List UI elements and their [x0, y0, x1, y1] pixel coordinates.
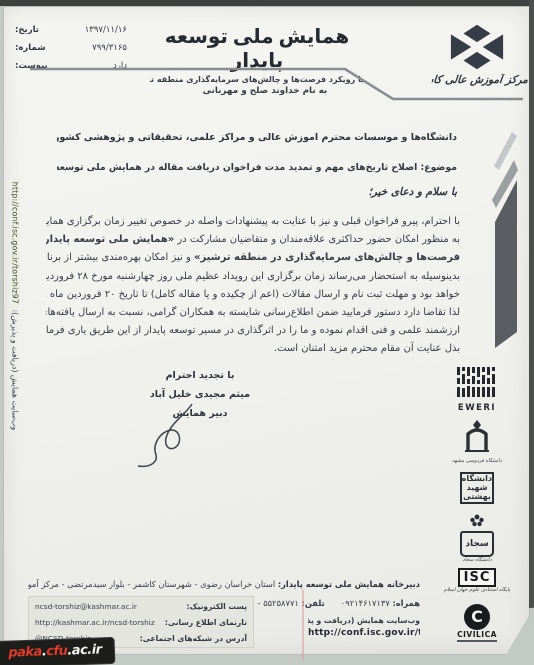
side-website-label: وب‌سایت همایش (دریافت و پذیرش): [11, 310, 20, 431]
number-row: شماره: ۷۹۹/۳۱۶۵ [15, 39, 127, 57]
isc-logo: ISC پایگاه استنادی علوم جهان اسلام [440, 566, 514, 593]
mobile-label: همراه: [392, 598, 420, 608]
isc-caption: پایگاه استنادی علوم جهان اسلام [440, 587, 514, 593]
conference-website-url: http://conf.isc.gov.ir/torshiz97 [308, 628, 420, 638]
bismillah-line: به نام خداوند صلح و مهربانی [160, 86, 370, 96]
paragraph-line: بدینوسیله به استحضار می‌رساند زمان برگزا… [46, 268, 460, 286]
sajjad-caption: دانشگاه سجاد [440, 557, 514, 563]
beheshti-seal: دانشگاه شهید بهشتی [460, 472, 494, 504]
eweri-barcode-icon [456, 366, 498, 398]
handwritten-signature-icon [128, 400, 220, 470]
attachment-label: پیوست: [15, 57, 48, 75]
secretariat-line: دبیرخانه همایش ملی توسعه پایدار: استان خ… [28, 579, 420, 589]
subject-line: موضوع: اصلاح تاریخ‌های مهم و تمدید مدت ف… [57, 162, 457, 173]
date-row: تاریخ: ۱۳۹۷/۱۱/۱۶ [15, 21, 127, 39]
mobile-value: ۰۹۲۱۴۶۱۷۱۳۷ [341, 598, 390, 608]
website-row: تارنمای اطلاع رسانی: http://kashmar.ac.i… [35, 615, 247, 631]
paragraph-line: به منظور امکان حضور حداکثری علاقه‌مندان … [46, 231, 460, 249]
ferdowsi-arch-icon [460, 420, 494, 454]
paragraph-line: ارزشمند علمی و فنی اقدام نموده و ما را د… [46, 322, 460, 340]
ferdowsi-caption: دانشگاه فردوسی مشهد [440, 458, 514, 464]
scan-edge-right [529, 0, 534, 608]
date-label: تاریخ: [15, 21, 39, 39]
conference-website-block: وب‌سایت همایش (دریافت و پذیرش): http://c… [308, 616, 420, 638]
secretariat-address: استان خراسان رضوی - شهرستان کاشمر - بلوا… [28, 579, 275, 589]
website-value: http://kashmar.ac.ir/ncsd-torshiz [35, 615, 155, 631]
mobile-item: همراه: ۰۹۲۱۴۶۱۷۱۳۷ [341, 598, 420, 608]
ferdowsi-university-logo: دانشگاه فردوسی مشهد [440, 420, 514, 464]
sajjad-rosette-icon [467, 513, 487, 527]
side-website-note: وب‌سایت همایش (دریافت و پذیرش): http://c… [8, 167, 23, 443]
phone-line: تلفن: ۵۵۲۵۸۷۷۱ - ۰۵۱ همراه: ۰۹۲۱۴۶۱۷۱۳۷ [242, 598, 420, 608]
number-label: شماره: [15, 39, 46, 57]
subject-label: موضوع: [421, 162, 457, 173]
organization-name: مرکز آموزش عالی کاشمر [431, 74, 528, 86]
sajjad-university-logo: سجاد دانشگاه سجاد [440, 512, 514, 563]
paragraph-line: بذل عنایت آن مقام محترم مزید امتنان است. [46, 340, 460, 358]
date-value: ۱۳۹۷/۱۱/۱۶ [85, 21, 127, 39]
eweri-logo: EWERI [440, 366, 514, 413]
number-value: ۷۹۹/۳۱۶۵ [92, 39, 127, 57]
side-website-url: http://conf.isc.gov.ir/torshiz97 [11, 179, 20, 307]
scan-edge-top [0, 0, 534, 6]
paragraph-line: لذا تقاضا دارد دستور فرمایید ضمن اطلاع‌ر… [46, 304, 460, 322]
salutation-line: با سلام و دعای خیر؛ [257, 186, 457, 198]
scan-crease-artifact [302, 590, 304, 660]
paragraph-line: با احترام، پیرو فراخوان قبلی و نیز با عن… [46, 213, 460, 231]
addressee-line: دانشگاه‌ها و موسسات محترم آموزش عالی و م… [57, 132, 457, 143]
isc-label: ISC [458, 568, 497, 587]
subject-text: اصلاح تاریخ‌های مهم و تمدید مدت فراخوان … [57, 162, 417, 173]
paragraph-line: خواهد بود و مهلت ثبت نام و ارسال مقالات … [46, 286, 460, 304]
signature-respect: با تجدید احترام [105, 366, 295, 385]
conference-title: همایش ملی توسعه پایدار [150, 24, 364, 72]
letter-paragraph: با احترام، پیرو فراخوان قبلی و نیز با عن… [46, 213, 460, 359]
website-label: تارنمای اطلاع رسانی: [165, 615, 247, 631]
phone-item: تلفن: ۵۵۲۵۸۷۷۱ - ۰۵۱ [242, 598, 325, 608]
paragraph-line: فرصت‌ها و چالش‌های سرمایه‌گذاری در منطقه… [46, 249, 460, 267]
scanned-letter: تاریخ: ۱۳۹۷/۱۱/۱۶ شماره: ۷۹۹/۳۱۶۵ پیوست:… [0, 0, 534, 665]
civilica-tagline-bar [457, 640, 497, 642]
email-value: ncsd-torshiz@kashmar.ac.ir [35, 599, 137, 615]
watermark-banner: paka.cfu.ac.ir [0, 638, 114, 665]
attachment-row: پیوست: دارد [15, 57, 127, 75]
beheshti-university-logo: دانشگاه شهید بهشتی [440, 472, 514, 508]
phone-label: تلفن: [302, 598, 325, 608]
secretariat-label: دبیرخانه همایش ملی توسعه پایدار: [278, 579, 420, 589]
letter-meta: تاریخ: ۱۳۹۷/۱۱/۱۶ شماره: ۷۹۹/۳۱۶۵ پیوست:… [15, 21, 127, 75]
eweri-label: EWERI [440, 403, 514, 413]
kashmar-center-emblem-icon [448, 22, 506, 72]
civilica-c-icon: C [464, 604, 490, 630]
email-row: پست الکترونیک: ncsd-torshiz@kashmar.ac.i… [35, 599, 247, 615]
civilica-label: CIVILICA [440, 630, 514, 639]
email-label: پست الکترونیک: [187, 599, 247, 615]
conference-subtitle: با رویکرد فرصت‌ها و چالش‌های سرمایه‌گذار… [150, 75, 364, 84]
conference-title-block: همایش ملی توسعه پایدار با رویکرد فرصت‌ها… [150, 24, 364, 84]
sajjad-seal: سجاد [460, 531, 494, 557]
civilica-logo: C CIVILICA [440, 604, 514, 642]
attachment-value: دارد [113, 57, 127, 75]
conference-website-label: وب‌سایت همایش (دریافت و پذیرش): [308, 616, 420, 625]
social-label: آدرس در شبکه‌های اجتماعی: [140, 631, 247, 647]
